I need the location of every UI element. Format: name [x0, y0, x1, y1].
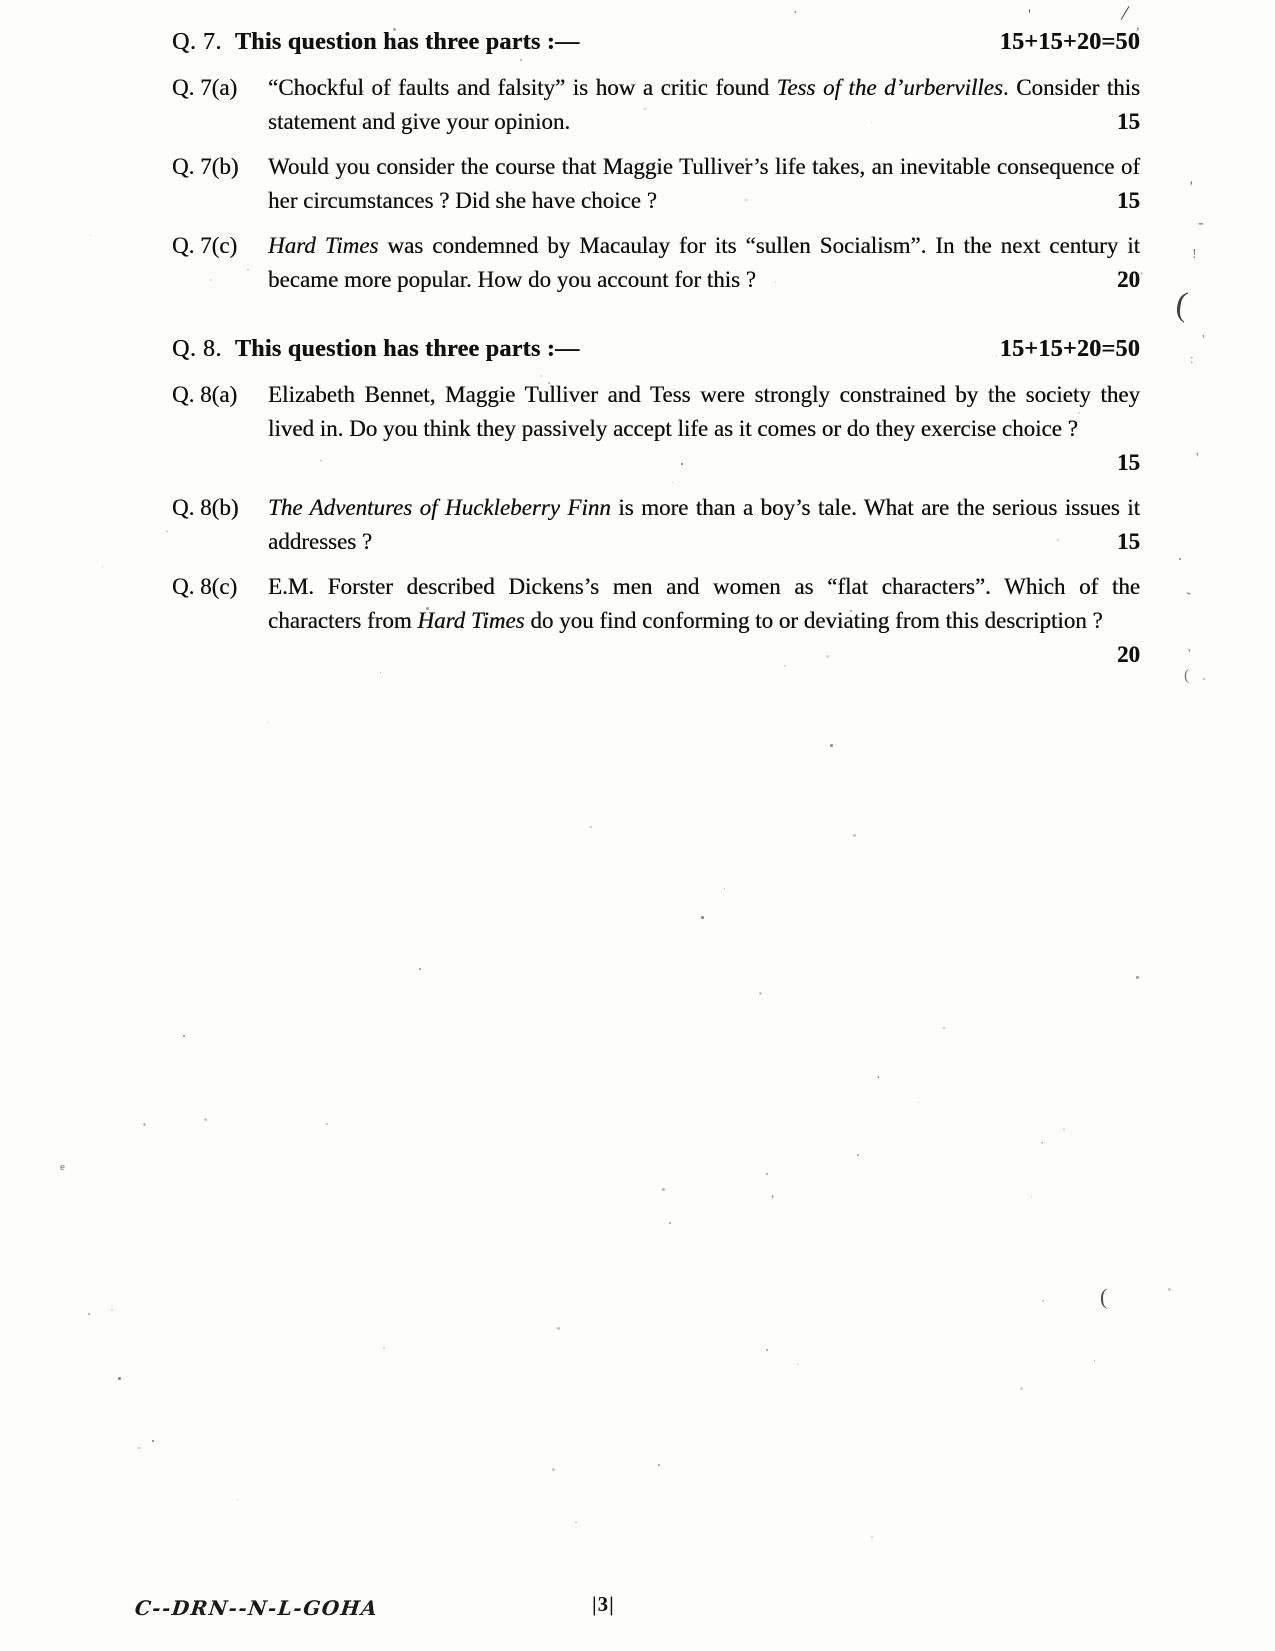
part-marks: 15 [1117, 184, 1140, 218]
question-text-segment: Would you consider the course that Maggi… [268, 154, 1140, 213]
scan-speck [1168, 1288, 1171, 1291]
scan-speck [138, 1447, 140, 1449]
question-block-8: Q. 8.This question has three parts :—15+… [172, 331, 1140, 672]
question-part-text: The Adventures of Huckleberry Finn is mo… [268, 491, 1140, 559]
question-heading-text: This question has three parts :— [235, 24, 580, 60]
scan-artifact: . [1178, 548, 1182, 564]
scan-artifact: , [771, 1186, 774, 1199]
scan-speck [102, 566, 103, 567]
question-heading-row: Q. 7.This question has three parts :—15+… [172, 24, 1140, 60]
scan-speck [853, 834, 856, 837]
scan-artifact: ( [1100, 1286, 1107, 1308]
scan-speck [167, 531, 168, 532]
scan-speck [658, 1464, 660, 1466]
scan-speck [557, 1327, 560, 1330]
work-title: The Adventures of Huckleberry Finn [268, 495, 611, 520]
question-part-body: The Adventures of Huckleberry Finn is mo… [268, 491, 1140, 559]
scan-speck [237, 1499, 238, 1500]
work-title: Hard Times [268, 233, 378, 258]
question-part-label: Q. 8(c) [172, 570, 268, 672]
question-block-7: Q. 7.This question has three parts :—15+… [172, 24, 1140, 297]
part-marks: 15 [1117, 525, 1140, 559]
part-marks: 20 [1117, 263, 1140, 297]
scan-artifact: ' [1188, 648, 1191, 662]
scan-speck [1136, 976, 1139, 979]
scan-speck [268, 722, 269, 723]
question-part-label: Q. 7(c) [172, 229, 268, 297]
question-part-body: E.M. Forster described Dickens’s men and… [268, 570, 1140, 672]
question-part-label: Q. 8(b) [172, 491, 268, 559]
question-part-text: Hard Times was condemned by Macaulay for… [268, 229, 1140, 297]
work-title: Hard Times [417, 608, 524, 633]
scan-artifact: · [1040, 1136, 1044, 1149]
scan-artifact: : [1190, 352, 1194, 365]
scan-speck [326, 1123, 328, 1125]
scan-artifact: ' [1196, 452, 1199, 466]
scan-artifact: ' [1028, 8, 1031, 24]
scan-speck [575, 1521, 577, 1523]
scan-artifact: · [793, 6, 798, 21]
question-part-body: Would you consider the course that Maggi… [268, 150, 1140, 218]
question-part-label: Q. 8(a) [172, 378, 268, 480]
question-part: Q. 7(a)“Chockful of faults and falsity” … [172, 71, 1140, 139]
scan-speck [1094, 1360, 1095, 1361]
scan-speck [383, 1347, 385, 1349]
question-part-body: Elizabeth Bennet, Maggie Tulliver and Te… [268, 378, 1140, 480]
scan-artifact: ( [1184, 668, 1189, 684]
scan-artifact: · [1062, 1123, 1066, 1135]
page-number: |3| [592, 1592, 615, 1617]
question-heading-text: This question has three parts :— [235, 331, 580, 367]
question-part-label: Q. 7(b) [172, 150, 268, 218]
question-part: Q. 8(a)Elizabeth Bennet, Maggie Tulliver… [172, 378, 1140, 480]
question-heading-left: Q. 7.This question has three parts :— [172, 24, 579, 60]
scan-speck [1020, 1387, 1023, 1390]
scan-speck [830, 744, 833, 747]
question-text-segment: do you find conforming to or deviating f… [525, 608, 1103, 633]
scan-speck [759, 992, 762, 995]
scan-speck [590, 826, 592, 828]
question-number: Q. 7. [172, 24, 222, 60]
question-part: Q. 7(b)Would you consider the course tha… [172, 150, 1140, 218]
question-part-text: “Chockful of faults and falsity” is how … [268, 71, 1140, 139]
scan-artifact: ' [1190, 180, 1193, 195]
question-part-text: Would you consider the course that Maggi… [268, 150, 1140, 218]
scan-speck [1203, 678, 1205, 680]
scan-artifact: ! [1192, 248, 1197, 262]
scan-artifact: ( [1174, 287, 1190, 322]
scan-speck [1031, 1196, 1032, 1197]
scan-speck [88, 1313, 90, 1315]
scan-speck [111, 1309, 113, 1311]
scan-artifact: ' [1202, 334, 1205, 348]
question-text-segment: Elizabeth Bennet, Maggie Tulliver and Te… [268, 382, 1140, 441]
question-part-body: “Chockful of faults and falsity” is how … [268, 71, 1140, 139]
scanned-exam-page: Q. 7.This question has three parts :—15+… [0, 0, 1275, 1651]
scan-speck [1140, 272, 1143, 275]
scan-artifact: e [60, 1162, 65, 1173]
question-part: Q. 8(c)E.M. Forster described Dickens’s … [172, 570, 1140, 672]
scan-speck [943, 1027, 945, 1029]
question-part: Q. 8(b)The Adventures of Huckleberry Fin… [172, 491, 1140, 559]
question-part-text: E.M. Forster described Dickens’s men and… [268, 570, 1140, 638]
questions-container: Q. 7.This question has three parts :—15+… [172, 24, 1140, 672]
part-marks: 15 [1117, 105, 1140, 139]
scan-speck [669, 1222, 671, 1224]
scan-speck [152, 1440, 154, 1442]
question-text-segment: “Chockful of faults and falsity” is how … [268, 75, 777, 100]
scan-speck [380, 672, 381, 673]
part-marks: 20 [268, 638, 1140, 672]
question-part-body: Hard Times was condemned by Macaulay for… [268, 229, 1140, 297]
scan-artifact: - [1184, 586, 1194, 602]
scan-speck [90, 235, 91, 236]
question-number: Q. 8. [172, 331, 222, 367]
question-text-segment: was condemned by Macaulay for its “sulle… [268, 233, 1140, 292]
scan-speck [1042, 1300, 1044, 1302]
question-total-marks: 15+15+20=50 [1000, 24, 1140, 60]
scan-speck [419, 968, 421, 970]
scan-speck [143, 1123, 146, 1126]
scan-artifact: · [876, 1072, 881, 1086]
scan-speck [766, 1173, 768, 1175]
scan-speck [724, 888, 725, 889]
question-total-marks: 15+15+20=50 [1000, 331, 1140, 367]
question-heading-left: Q. 8.This question has three parts :— [172, 331, 579, 367]
scan-speck [552, 1468, 555, 1471]
question-part-text: Elizabeth Bennet, Maggie Tulliver and Te… [268, 378, 1140, 446]
part-marks: 15 [268, 446, 1140, 480]
question-part-label: Q. 7(a) [172, 71, 268, 139]
question-heading-row: Q. 8.This question has three parts :—15+… [172, 331, 1140, 367]
scan-speck [857, 1154, 859, 1156]
scan-speck [118, 1377, 121, 1380]
paper-code: C--DRN--N-L-GOHA [134, 1596, 380, 1620]
scan-speck [797, 1364, 798, 1365]
question-part: Q. 7(c)Hard Times was condemned by Macau… [172, 229, 1140, 297]
scan-speck [871, 1536, 873, 1538]
scan-speck [183, 1035, 185, 1037]
scan-speck [918, 1102, 919, 1103]
scan-speck [701, 916, 704, 919]
scan-artifact: / [1120, 2, 1131, 25]
scan-speck [662, 1188, 665, 1191]
scan-artifact: - [1198, 214, 1204, 231]
work-title: Tess of the d’urbervilles [777, 75, 1003, 100]
scan-speck [204, 1118, 207, 1121]
scan-speck [766, 1349, 768, 1351]
